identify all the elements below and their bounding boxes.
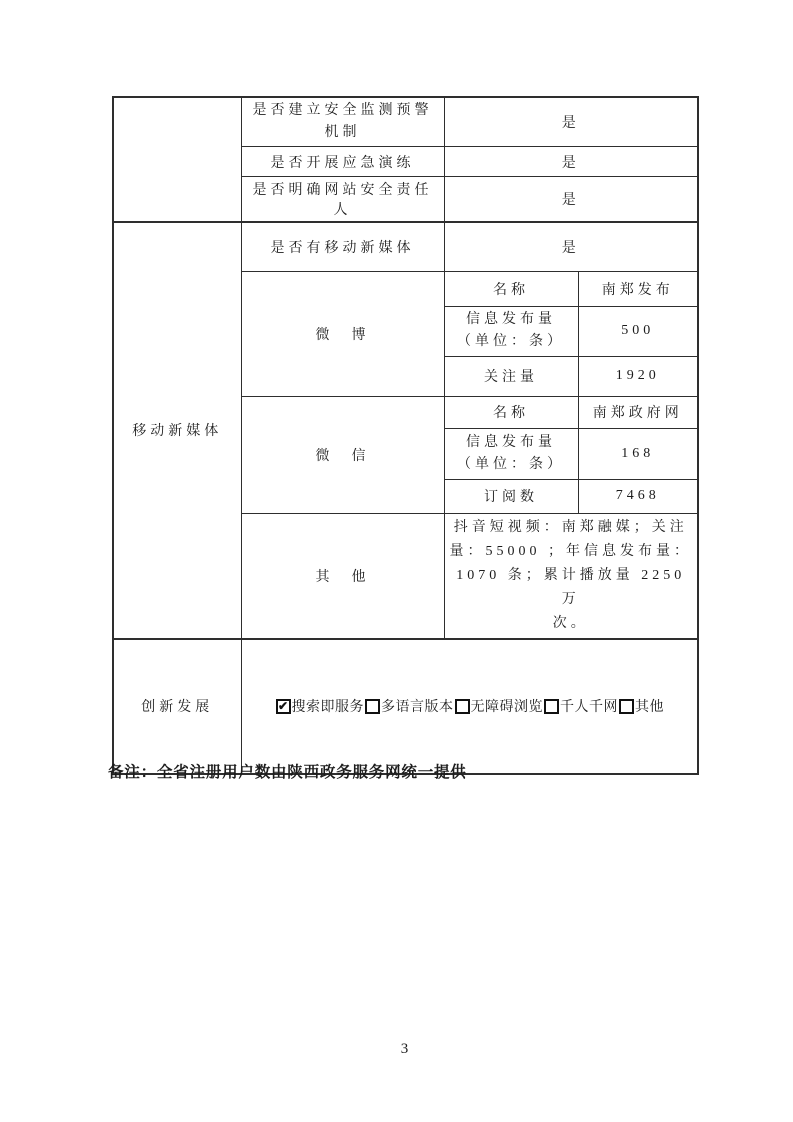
document-page: 是否建立安全监测预警 机制 是 是否开展应急演练 是 是否明确网站安全责任人 是… bbox=[0, 0, 793, 1122]
security-question-drill: 是否开展应急演练 bbox=[241, 147, 444, 177]
innovation-option-other: 其他 bbox=[618, 696, 664, 716]
page-number: 3 bbox=[112, 1041, 697, 1058]
innovation-option-search: ✔搜索即服务 bbox=[275, 696, 365, 716]
wechat-posts-label: 信息发布量 （单位：条） bbox=[444, 428, 578, 479]
checkbox-checked-icon: ✔ bbox=[276, 699, 291, 714]
weibo-name-value: 南郑发布 bbox=[578, 271, 698, 306]
security-question-responsible: 是否明确网站安全责任人 bbox=[241, 177, 444, 223]
other-media-label-cell: 其 他 bbox=[241, 513, 444, 639]
checkbox-unchecked-icon bbox=[544, 699, 559, 714]
checkbox-unchecked-icon bbox=[365, 699, 380, 714]
checkbox-unchecked-icon bbox=[619, 699, 634, 714]
checkbox-unchecked-icon bbox=[455, 699, 470, 714]
innovation-category-cell: 创新发展 bbox=[113, 639, 241, 774]
wechat-subscribers-label: 订阅数 bbox=[444, 479, 578, 513]
security-category-cell bbox=[113, 97, 241, 222]
wechat-name-label: 名称 bbox=[444, 396, 578, 428]
innovation-option-label: 千人千网 bbox=[560, 696, 618, 716]
security-question-monitoring: 是否建立安全监测预警 机制 bbox=[241, 97, 444, 147]
security-answer-responsible: 是 bbox=[444, 177, 698, 223]
innovation-option-multilang: 多语言版本 bbox=[364, 696, 454, 716]
wechat-subscribers-value: 7468 bbox=[578, 479, 698, 513]
innovation-option-label: 其他 bbox=[635, 696, 664, 716]
weibo-followers-label: 关注量 bbox=[444, 356, 578, 396]
has-mobile-media-question: 是否有移动新媒体 bbox=[241, 222, 444, 271]
mobile-media-category-cell: 移动新媒体 bbox=[113, 222, 241, 639]
innovation-option-personalized: 千人千网 bbox=[543, 696, 618, 716]
has-mobile-media-answer: 是 bbox=[444, 222, 698, 271]
security-answer-drill: 是 bbox=[444, 147, 698, 177]
other-media-value: 抖音短视频：南郑融媒；关注 量：55000 ；年信息发布量： 1070 条；累计… bbox=[444, 513, 698, 639]
innovation-options-cell: ✔搜索即服务 多语言版本 无障碍浏览 千人千网 其他 bbox=[241, 639, 698, 774]
gov-media-report-table: 是否建立安全监测预警 机制 是 是否开展应急演练 是 是否明确网站安全责任人 是… bbox=[112, 96, 699, 775]
weibo-followers-value: 1920 bbox=[578, 356, 698, 396]
weibo-label-cell: 微 博 bbox=[241, 271, 444, 396]
weibo-name-label: 名称 bbox=[444, 271, 578, 306]
weibo-posts-value: 500 bbox=[578, 306, 698, 356]
security-answer-monitoring: 是 bbox=[444, 97, 698, 147]
innovation-option-label: 无障碍浏览 bbox=[471, 696, 544, 716]
wechat-name-value: 南郑政府网 bbox=[578, 396, 698, 428]
innovation-options-line: ✔搜索即服务 多语言版本 无障碍浏览 千人千网 其他 bbox=[246, 696, 694, 716]
innovation-option-label: 搜索即服务 bbox=[292, 696, 365, 716]
innovation-option-accessibility: 无障碍浏览 bbox=[454, 696, 544, 716]
innovation-option-label: 多语言版本 bbox=[381, 696, 454, 716]
footnote: 备注：全省注册用户数由陕西政务服务网统一提供 bbox=[108, 760, 467, 782]
wechat-label-cell: 微 信 bbox=[241, 396, 444, 513]
weibo-posts-label: 信息发布量 （单位：条） bbox=[444, 306, 578, 356]
wechat-posts-value: 168 bbox=[578, 428, 698, 479]
